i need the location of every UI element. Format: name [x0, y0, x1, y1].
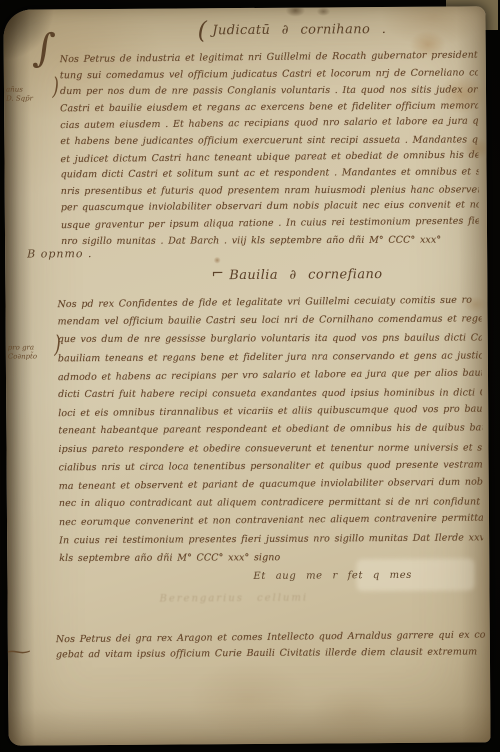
heading-judicatus: (Judicatū ∂ cornihano .: [197, 15, 386, 44]
manuscript-line: mendam vel officium bauilie Castri seu l…: [58, 311, 482, 332]
paraph-mark-icon: ⌐: [211, 264, 224, 282]
manuscript-line: kls septembre año dñi M° CCC° xxx° signo: [59, 548, 483, 568]
manuscript-line: ipsius pareto respondere et obedire cons…: [58, 439, 482, 459]
margin-note-2: pro gra Co∂npt̃o ): [8, 343, 54, 361]
initial-flourish-icon: ∫: [32, 25, 57, 73]
margin-note-1-line2: D. Sqp̃r: [6, 94, 52, 103]
margin-squiggle-icon: ~: [3, 641, 34, 662]
erased-line: Berengarius cellumi: [160, 593, 309, 605]
paragraph-judicatus-closing: B opnmo .: [27, 247, 92, 260]
heading-baiulia: ⌐Bauilia ∂ cornefiano: [211, 263, 382, 283]
manuscript-line: usque graventur per ipsum aliqua ratione…: [61, 214, 479, 235]
margin-note-2-line1: pro gra: [8, 343, 54, 352]
margin-note-1: añus D. Sqp̃r ): [6, 85, 52, 103]
binding-shadow: [3, 9, 42, 745]
manuscript-line: teneant habeantque pareant respondeant e…: [58, 420, 482, 441]
manuscript-line: dum per nos dum de nre passis Conglanis …: [60, 83, 478, 101]
manuscript-line: que vos dum de nre gessisse burglario vo…: [58, 330, 482, 350]
margin-bracket-icon: ): [52, 82, 59, 91]
paraph-mark-icon: (: [197, 16, 207, 44]
paragraph-baiulia: Nos pd rex Confidentes de fide et legali…: [57, 292, 483, 568]
margin-note-2-line2: Co∂npt̃o: [8, 352, 54, 361]
manuscript-line: nro sigillo munitas . Dat Barch . viij k…: [61, 232, 479, 250]
margin-bracket-icon: ): [54, 340, 61, 349]
paragraph-judicatus: Nos Petrus de industria et legitimat nri…: [60, 48, 479, 250]
manuscript-page: (Judicatū ∂ cornihano . ∫ Nos Petrus de …: [3, 6, 490, 745]
margin-note-1-line1: añus: [6, 85, 52, 94]
chancery-subscription: Et aug me r fet q mes: [253, 570, 412, 582]
manuscript-photo: (Judicatū ∂ cornihano . ∫ Nos Petrus de …: [0, 0, 500, 752]
paragraph-bottom-entry: Nos Petrus dei gra rex Aragon et comes I…: [56, 628, 486, 663]
heading-baiulia-text: Bauilia ∂ cornefiano: [229, 267, 382, 283]
heading-judicatus-text: Judicatū ∂ cornihano .: [212, 22, 386, 38]
manuscript-line: In cuius rei testimonium presentes fieri…: [59, 529, 483, 550]
manuscript-line: nris presentibus et futuris quod present…: [61, 182, 479, 200]
